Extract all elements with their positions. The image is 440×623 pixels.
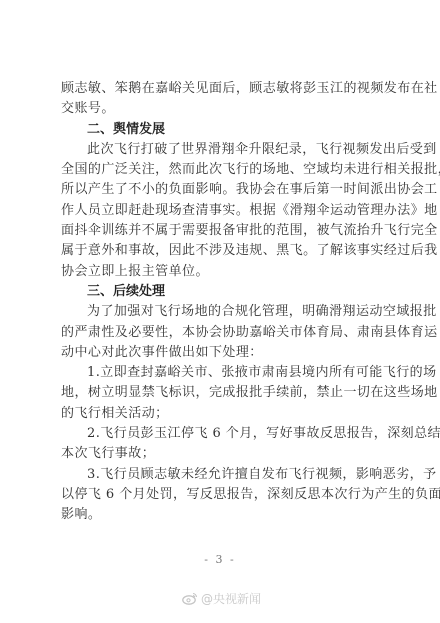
paragraph-line: 动中心对此次事件做出如下处理： — [61, 343, 385, 363]
paragraph-line: 协会立即上报主管单位。 — [61, 262, 385, 282]
watermark-text: @央视新闻 — [201, 590, 261, 607]
section-heading: 二、舆情发展 — [61, 120, 385, 140]
page-number: - 3 - — [0, 553, 440, 566]
list-item-line: 影响。 — [61, 505, 385, 525]
list-item-line: 3.飞行员顾志敏未经允许擅自发布飞行视频，影响恶劣，予 — [61, 465, 385, 485]
paragraph-line: 为了加强对飞行场地的合规化管理，明确滑翔运动空域报批 — [61, 302, 385, 322]
paragraph-line: 此次飞行打破了世界滑翔伞升限纪录，飞行视频发出后受到 — [61, 140, 385, 160]
list-item-line: 2.飞行员彭玉江停飞 6 个月，写好事故反思报告，深刻总结 — [61, 424, 385, 444]
watermark: @央视新闻 — [182, 590, 261, 607]
paragraph-line: 交账号。 — [61, 99, 385, 119]
document-page: 顾志敏、笨鹅在嘉峪关见面后，顾志敏将彭玉江的视频发布在社 交账号。 二、舆情发展… — [61, 79, 385, 526]
paragraph-line: 的严肃性及必要性，本协会协助嘉峪关市体育局、肃南县体育运 — [61, 323, 385, 343]
list-item-line: 地，树立明显禁飞标识，完成报批手续前，禁止一切在这些场地 — [61, 383, 385, 403]
paragraph-line: 顾志敏、笨鹅在嘉峪关见面后，顾志敏将彭玉江的视频发布在社 — [61, 79, 385, 99]
paragraph-line: 面抖伞训练并不属于需要报备审批的范围，被气流抬升飞行完全 — [61, 221, 385, 241]
paragraph-line: 所以产生了不小的负面影响。我协会在事后第一时间派出协会工 — [61, 180, 385, 200]
section-heading: 三、后续处理 — [61, 282, 385, 302]
paragraph-line: 全国的广泛关注，然而此次飞行的场地、空域均未进行相关报批， — [61, 160, 385, 180]
list-item-line: 的飞行相关活动； — [61, 404, 385, 424]
list-item-line: 以停飞 6 个月处罚，写反思报告，深刻反思本次行为产生的负面 — [61, 485, 385, 505]
list-item-line: 1.立即查封嘉峪关市、张掖市肃南县境内所有可能飞行的场 — [61, 363, 385, 383]
paragraph-line: 属于意外和事故，因此不涉及违规、黑飞。了解该事实经过后我 — [61, 241, 385, 261]
list-item-line: 本次飞行事故； — [61, 444, 385, 464]
weibo-icon — [182, 592, 198, 605]
paragraph-line: 作人员立即赶赴现场查清事实。根据《滑翔伞运动管理办法》地 — [61, 201, 385, 221]
